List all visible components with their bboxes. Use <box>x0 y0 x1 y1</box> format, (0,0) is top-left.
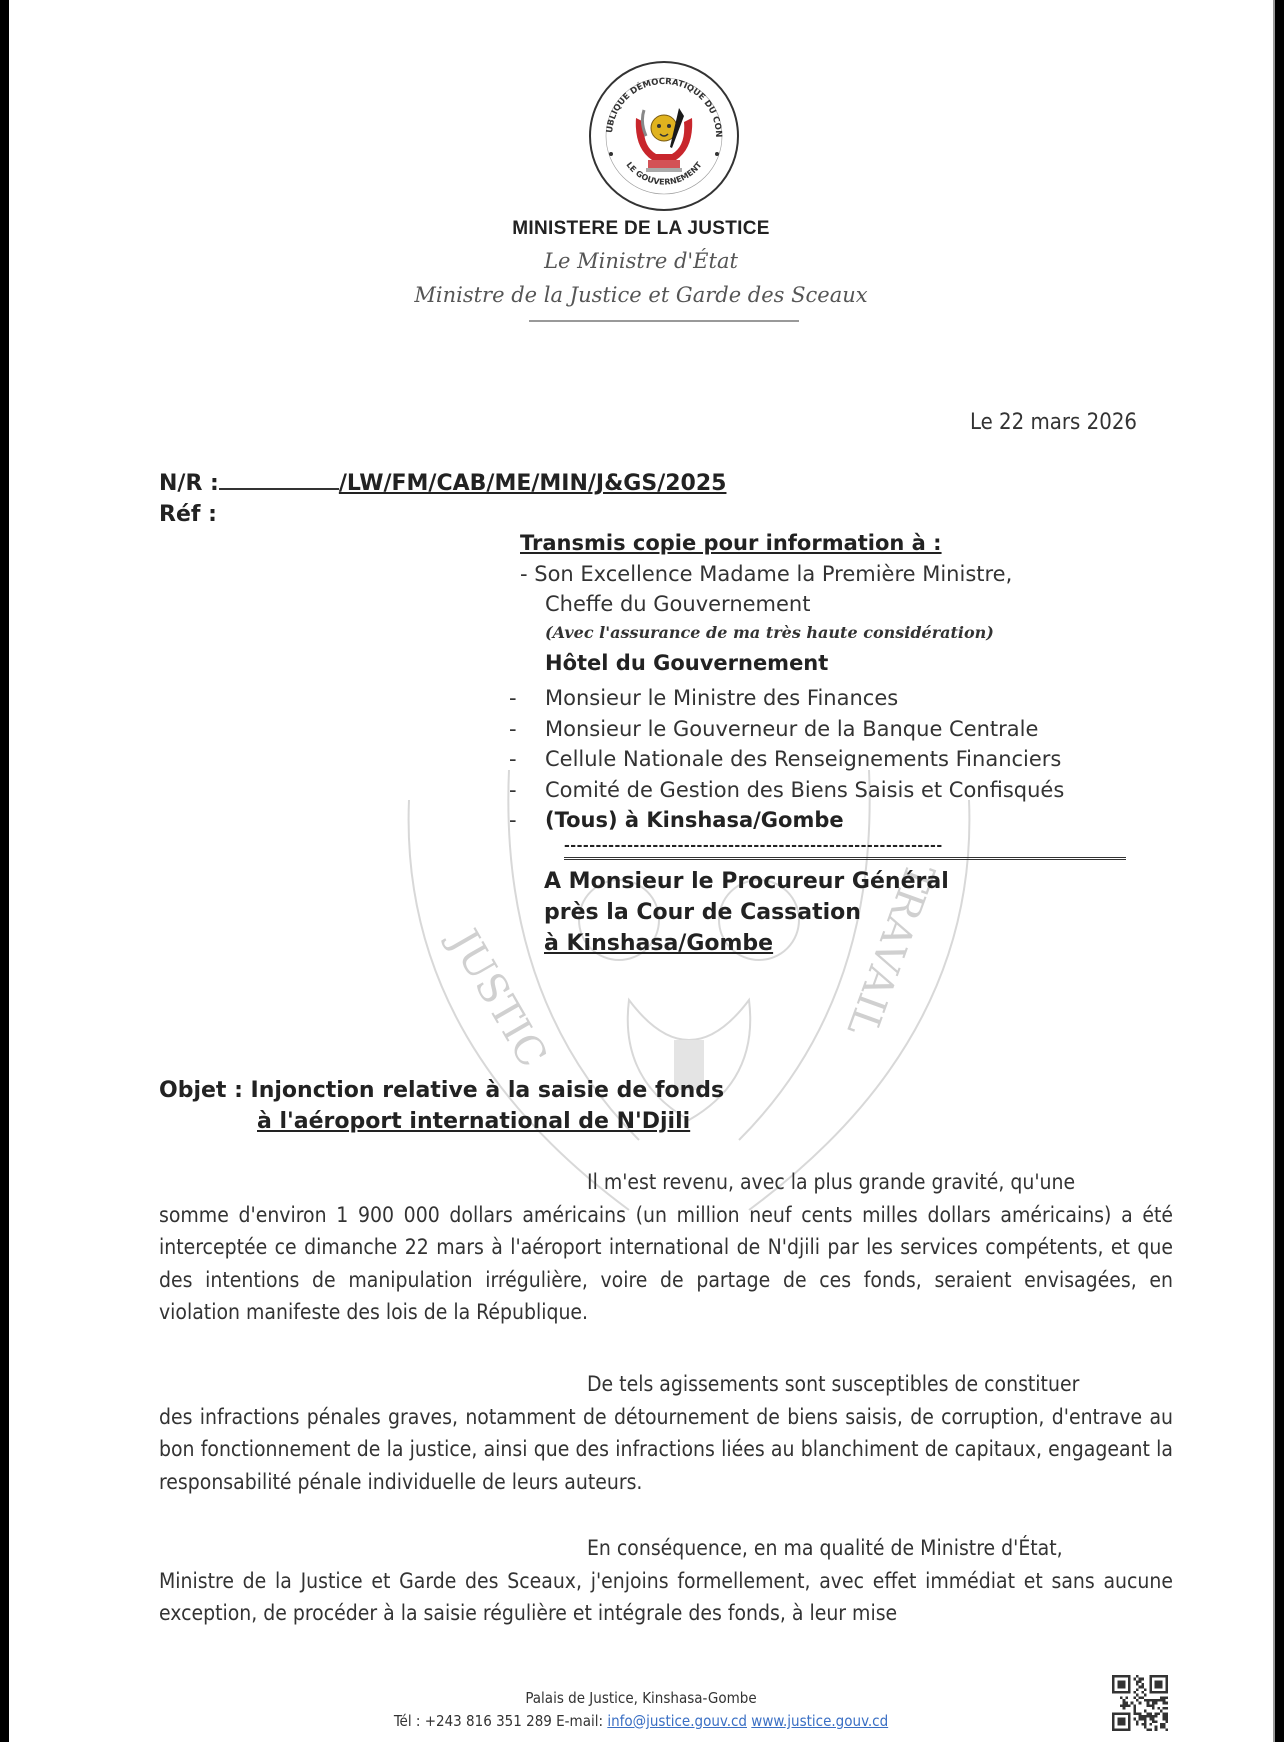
list-item: -Monsieur le Gouverneur de la Banque Cen… <box>509 717 1064 748</box>
document-page: RÉPUBLIQUE DÉMOCRATIQUE DU CONGO LE GOUV… <box>9 0 1275 1742</box>
reference-number: N/R :/LW/FM/CAB/ME/MIN/J&GS/2025 <box>159 470 726 496</box>
qr-code-icon <box>1112 1674 1168 1732</box>
footer-contact: Tél : +243 816 351 289 E-mail: info@just… <box>9 1712 1273 1730</box>
subject-line: Objet : Injonction relative à la saisie … <box>159 1078 724 1103</box>
list-item: -Cellule Nationale des Renseignements Fi… <box>509 747 1064 778</box>
ref-label: Réf : <box>159 502 217 527</box>
footer-address: Palais de Justice, Kinshasa-Gombe <box>9 1689 1273 1707</box>
copy-recipient-pm-role: Cheffe du Gouvernement <box>545 592 810 616</box>
nr-code: /LW/FM/CAB/ME/MIN/J&GS/2025 <box>339 471 727 496</box>
separator: ----------------------------------------… <box>564 838 1126 854</box>
svg-text:JUSTIC: JUSTIC <box>438 919 555 1076</box>
ministry-name: MINISTERE DE LA JUSTICE <box>9 218 1273 240</box>
footer-email-link[interactable]: info@justice.gouv.cd <box>607 1712 747 1730</box>
copy-recipient-pm-place: Hôtel du Gouvernement <box>545 651 828 675</box>
copy-title: Transmis copie pour information à : <box>520 531 942 555</box>
government-seal-icon: RÉPUBLIQUE DÉMOCRATIQUE DU CONGO LE GOUV… <box>584 56 744 216</box>
header-divider <box>529 320 799 322</box>
recipient-line-1: A Monsieur le Procureur Général <box>544 869 949 894</box>
footer-website-link[interactable]: www.justice.gouv.cd <box>751 1712 888 1730</box>
copy-recipient-pm: - Son Excellence Madame la Première Mini… <box>520 562 1012 586</box>
body-paragraph-3: En conséquence, en ma qualité de Ministr… <box>159 1532 1173 1630</box>
copy-recipient-pm-note: (Avec l'assurance de ma très haute consi… <box>545 623 994 642</box>
list-item: -Comité de Gestion des Biens Saisis et C… <box>509 778 1064 809</box>
minister-title: Le Ministre d'État <box>9 249 1273 273</box>
subject-line-2: à l'aéroport international de N'Djili <box>257 1109 690 1134</box>
nr-blank <box>219 470 339 490</box>
minister-subtitle: Ministre de la Justice et Garde des Scea… <box>9 283 1273 307</box>
recipient-line-3: à Kinshasa/Gombe <box>544 931 773 956</box>
copy-recipient-list: -Monsieur le Ministre des Finances -Mons… <box>509 686 1064 839</box>
list-item: -Monsieur le Ministre des Finances <box>509 686 1064 717</box>
recipient-line-2: près la Cour de Cassation <box>544 900 861 925</box>
document-date: Le 22 mars 2026 <box>970 410 1137 435</box>
body-paragraph-2: De tels agissements sont susceptibles de… <box>159 1368 1173 1498</box>
nr-label: N/R : <box>159 471 219 496</box>
separator-line <box>564 857 1126 860</box>
body-paragraph-1: Il m'est revenu, avec la plus grande gra… <box>159 1166 1173 1329</box>
list-item: -(Tous) à Kinshasa/Gombe <box>509 808 1064 839</box>
footer-tel: Tél : +243 816 351 289 E-mail: <box>394 1712 603 1730</box>
